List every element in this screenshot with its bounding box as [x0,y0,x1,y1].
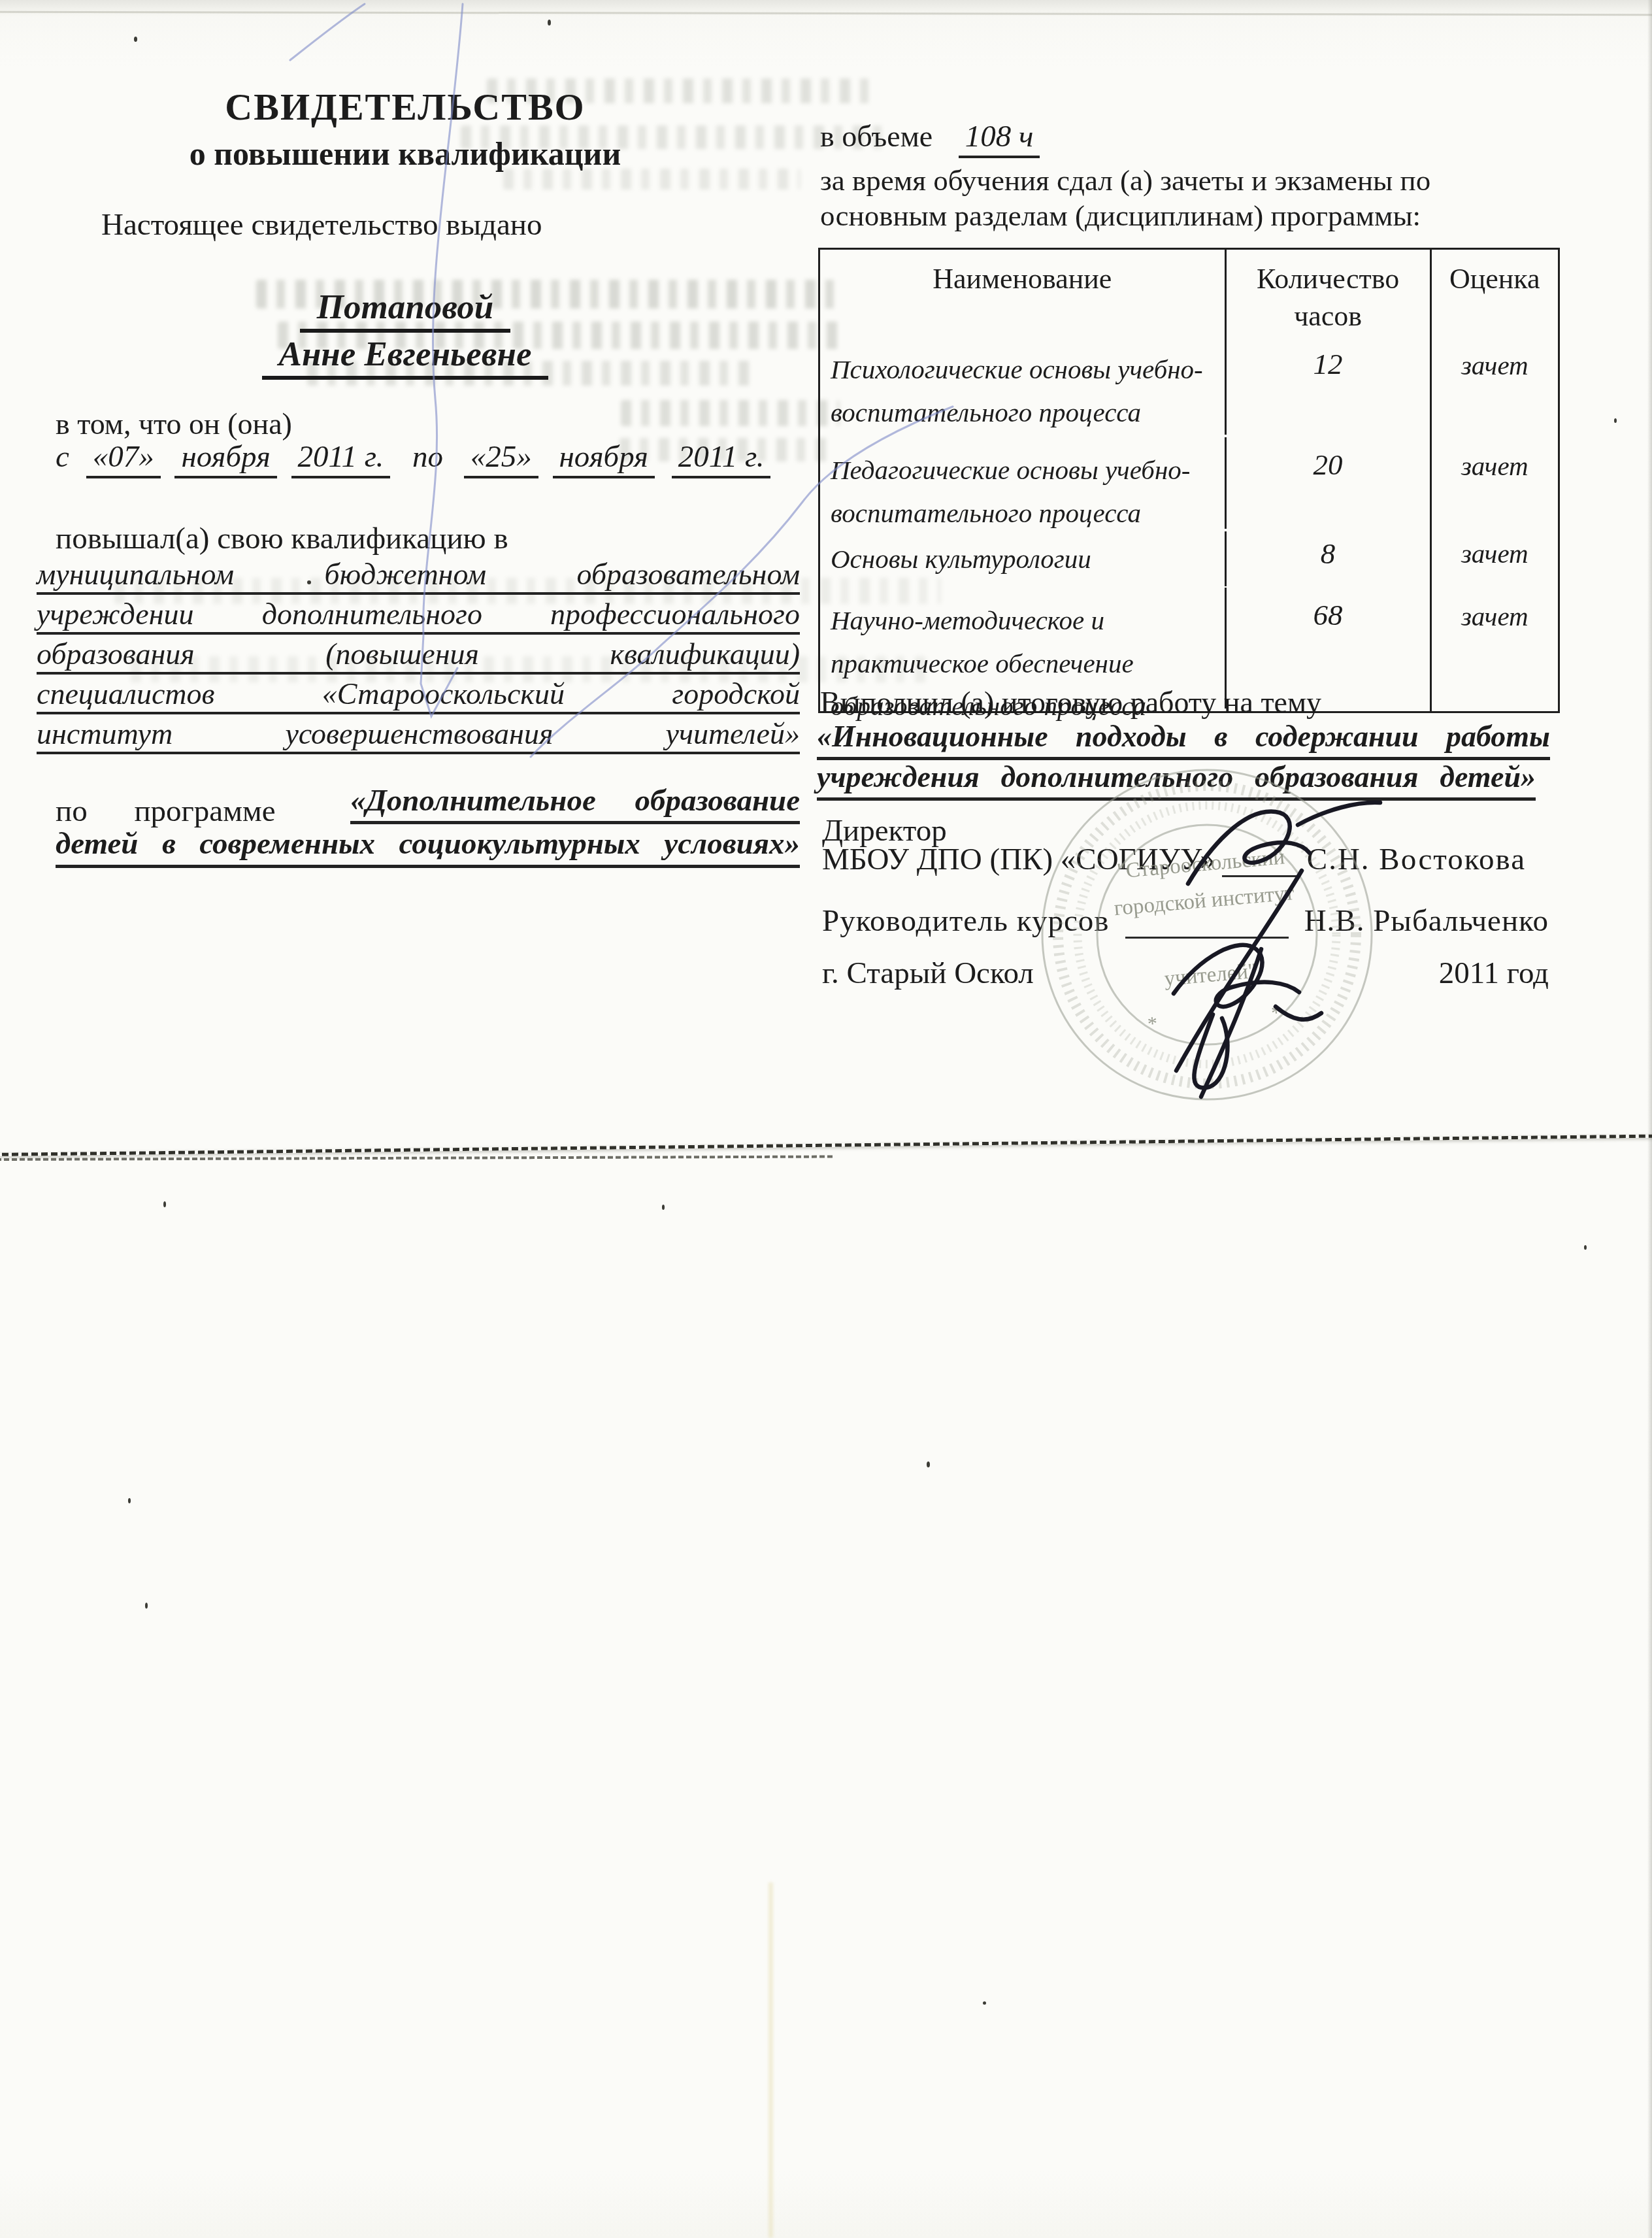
period-to-year: 2011 г. [672,440,771,478]
period-from-day: «07» [86,440,161,478]
dust-speck [983,2001,986,2005]
raised-qualification-line: повышал(а) свою квалификацию в [56,522,508,556]
stamp-star-right: * [1270,1002,1282,1024]
institution-line: муниципальном бюджетном образовательном [37,559,800,595]
thesis-intro-line: Выполнил (а) итоговую работу на тему [820,685,1321,720]
thesis-title-line1: «Инновационные подходы в содержании рабо… [817,719,1550,760]
table-row-name: Основы культурологии [820,531,1225,588]
year-label: 2011 год [1439,956,1549,991]
disciplines-table: Наименование Количество часов Оценка Пси… [818,248,1560,713]
period-to-day: «25» [464,440,538,478]
bleed-through-text [621,400,840,426]
fold-crease-line-overlay [0,1156,833,1161]
institution-line: институт усовершенствования учителей» [37,719,800,754]
stamp-ring-text-band [1058,786,1356,1084]
institution-line: специалистов «Старооскольский городской [37,679,800,714]
recipient-first-patronymic: Анне Евгеньевне [262,335,549,380]
program-title-part2: детей в современных социокультурных усло… [56,826,800,868]
period-to-month: ноября [553,440,655,478]
training-period-line: с «07» ноября 2011 г. по «25» ноября 201… [56,439,770,475]
volume-line: в объеме 108 ч [820,119,1040,154]
recipient-last-name: Потаповой [300,288,510,333]
scanned-certificate-page: СВИДЕТЕЛЬСТВО о повышении квалификации Н… [0,0,1652,2238]
program-title-part1: «Дополнительное образование [350,783,800,824]
institution-line: учреждении дополнительного профессиональ… [37,599,800,635]
confirmation-line: в том, что он (она) [56,407,292,441]
table-row-grade: зачет [1430,337,1558,437]
dust-speck [145,1603,148,1609]
dust-speck [548,20,551,25]
dust-speck [1614,418,1617,423]
exams-passed-line1: за время обучения сдал (а) зачеты и экза… [820,163,1430,197]
dust-speck [1584,1245,1587,1250]
table-header-name: Наименование [820,250,1225,337]
dust-speck [307,580,311,584]
table-row-hours: 12 [1225,337,1430,435]
city-label: г. Старый Оскол [822,956,1034,991]
table-header-grade: Оценка [1430,250,1558,337]
dust-speck [927,1461,930,1467]
program-line-1: по программе «Дополнительное образование [56,783,800,829]
certificate-title: СВИДЕТЕЛЬСТВО [46,85,765,129]
dust-speck [128,1498,131,1503]
institution-line: образования (повышения квалификации) [37,639,800,675]
stamp-text-line1: "Старооскольский [1116,845,1286,883]
round-stamp: "Старооскольский городской институт учит… [1031,758,1383,1111]
stamp-text-line3: учителей" [1163,960,1258,991]
volume-value: 108 ч [959,120,1040,158]
table-row-name: Психологические основы учебно-воспитател… [820,337,1225,436]
fold-crease-line [0,1134,1652,1156]
program-label: по программе [56,793,276,829]
period-from-year: 2011 г. [291,440,391,478]
table-row-hours: 8 [1225,531,1430,586]
institution-name-block: муниципальном бюджетном образовательном … [37,559,800,759]
stamp-text-line2: городской институт [1113,881,1295,920]
exams-passed-line2: основным разделам (дисциплинам) программ… [820,199,1421,233]
table-row-grade: зачет [1430,588,1558,711]
scanner-right-edge [1647,0,1652,2238]
dust-speck [662,1205,665,1210]
stamp-ring-text-band [1078,805,1336,1064]
table-row-hours: 20 [1225,437,1430,529]
period-from-preposition: с [56,440,69,474]
dust-speck [134,37,137,42]
period-from-month: ноября [174,440,276,478]
certificate-subtitle: о повышении квалификации [46,135,765,173]
table-row-name: Педагогические основы учебно-воспитатель… [820,437,1225,530]
stamp-star-left: * [1147,1012,1159,1035]
table-header-hours: Количество часов [1225,250,1430,337]
issued-to-line: Настоящее свидетельство выдано [101,208,542,242]
dust-speck [163,1201,166,1207]
table-row-grade: зачет [1430,531,1558,588]
table-row-grade: зачет [1430,437,1558,531]
period-to-preposition: по [412,440,443,474]
volume-label: в объеме [820,120,933,153]
stamp-outer-circle [1042,770,1372,1099]
paper-streak [768,1882,773,2238]
